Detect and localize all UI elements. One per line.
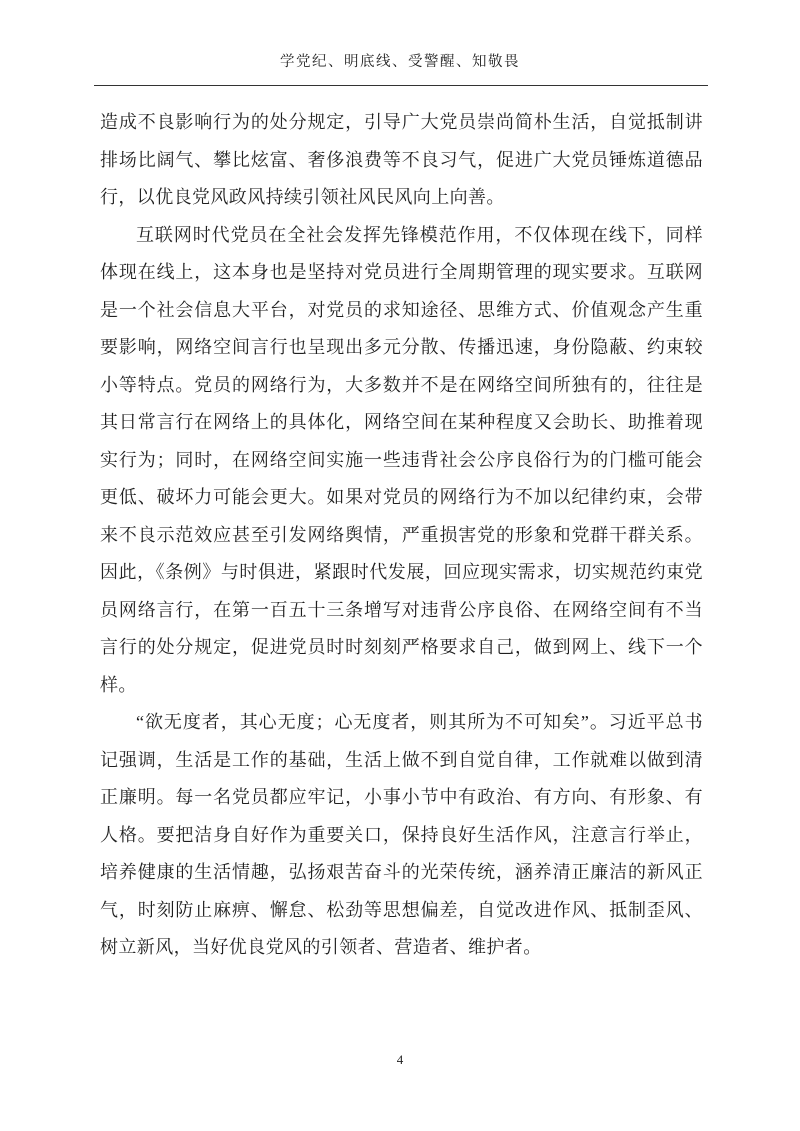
document-body: 造成不良影响行为的处分规定，引导广大党员崇尚简朴生活，自觉抵制讲排场比阔气、攀比… bbox=[100, 104, 703, 967]
page-header: 学党纪、明底线、受警醒、知敬畏 bbox=[0, 0, 800, 86]
paragraph-3: “欲无度者，其心无度；心无度者，则其所为不可知矣”。习近平总书记强调，生活是工作… bbox=[100, 704, 703, 967]
paragraph-1: 造成不良影响行为的处分规定，引导广大党员崇尚简朴生活，自觉抵制讲排场比阔气、攀比… bbox=[100, 104, 703, 217]
paragraph-2: 互联网时代党员在全社会发挥先锋模范作用，不仅体现在线下，同样体现在线上，这本身也… bbox=[100, 217, 703, 705]
page-footer: 4 bbox=[0, 1051, 800, 1069]
page-number: 4 bbox=[397, 1052, 404, 1067]
document-page: 学党纪、明底线、受警醒、知敬畏 造成不良影响行为的处分规定，引导广大党员崇尚简朴… bbox=[0, 0, 800, 1131]
header-title: 学党纪、明底线、受警醒、知敬畏 bbox=[0, 50, 800, 71]
header-divider bbox=[94, 85, 708, 86]
